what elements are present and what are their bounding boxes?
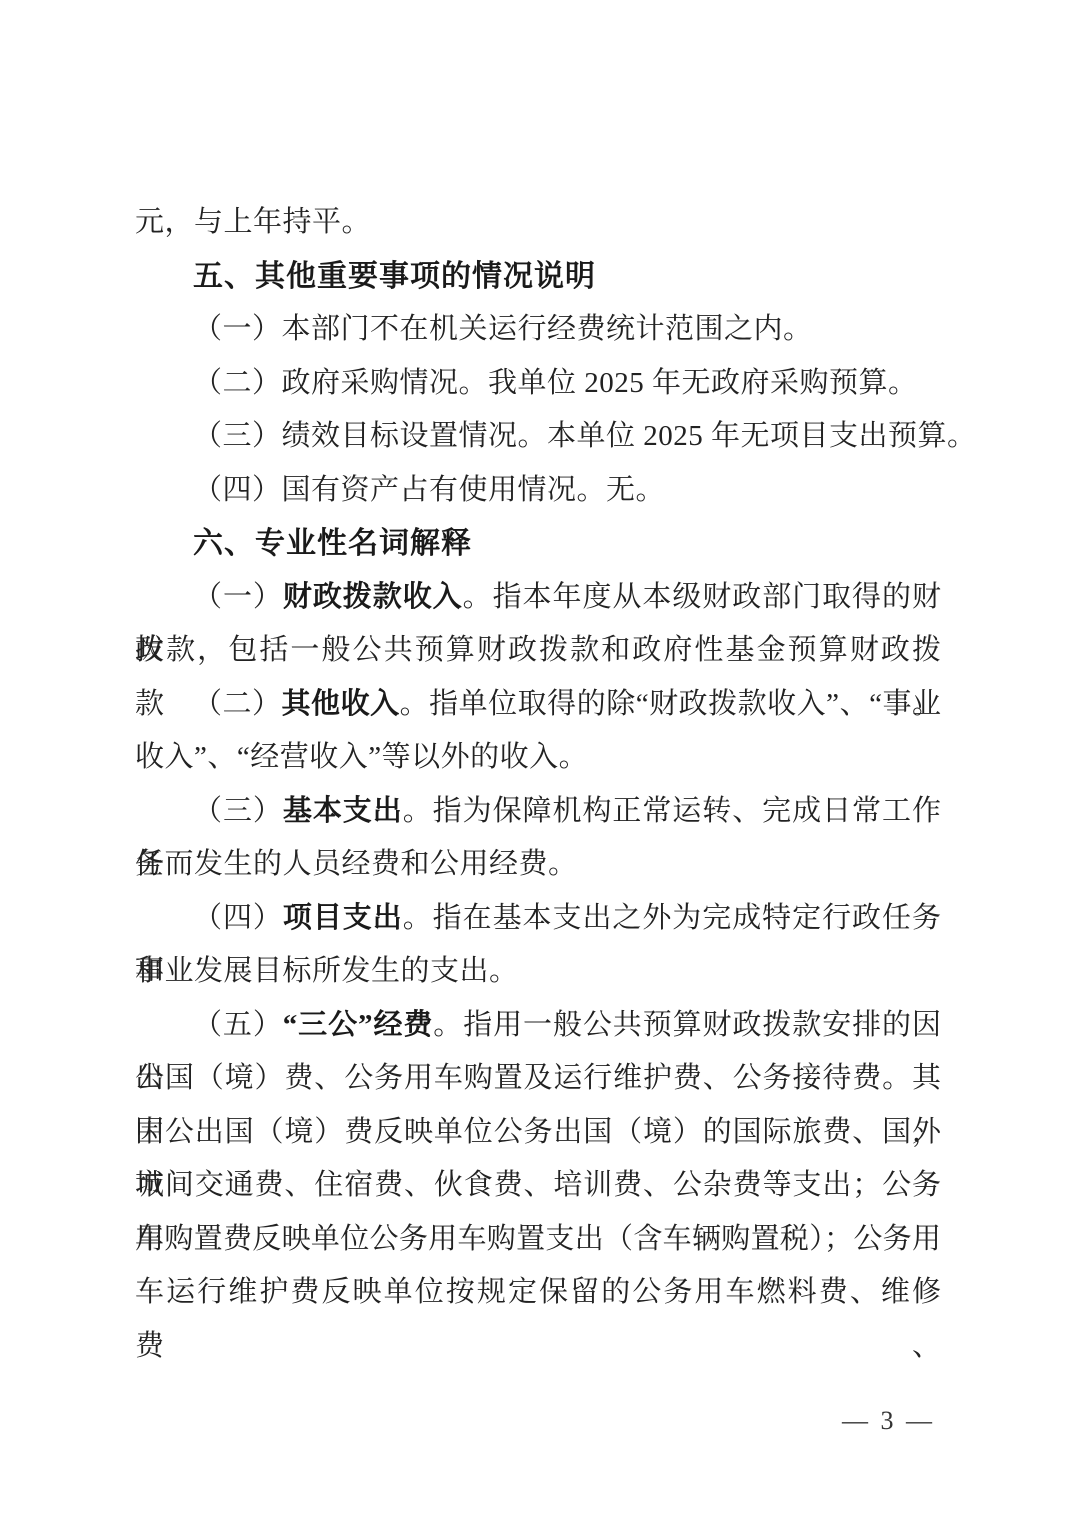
document-page: 元，与上年持平。五、其他重要事项的情况说明（一）本部门不在机关运行经费统计范围之… (0, 0, 1074, 1520)
body-text: （一） (193, 581, 283, 613)
text-line: （四）项目支出。指在基本支出之外为完成特定行政任务和 (135, 892, 941, 946)
body-text: 车运行维护费反映单位按规定保留的公务用车燃料费、维修费、 (135, 1276, 941, 1362)
text-line: 出国（境）费、公务用车购置及运行维护费、公务接待费。其中， (135, 1052, 941, 1106)
text-line: （一）本部门不在机关运行经费统计范围之内。 (135, 303, 941, 357)
body-text: 。指单位取得的除“财政拨款收入”、“事业 (400, 688, 941, 720)
term-text: 五、其他重要事项的情况说明 (193, 260, 596, 293)
body-text: 务而发生的人员经费和公用经费。 (135, 848, 578, 880)
term-text: 项目支出 (283, 902, 403, 934)
text-line: （三）基本支出。指为保障机构正常运转、完成日常工作任 (135, 785, 941, 839)
body-text: 事业发展目标所发生的支出。 (135, 955, 519, 987)
text-line: （四）国有资产占有使用情况。无。 (135, 464, 941, 518)
body-text: （一）本部门不在机关运行经费统计范围之内。 (193, 313, 813, 345)
document-body: 元，与上年持平。五、其他重要事项的情况说明（一）本部门不在机关运行经费统计范围之… (135, 196, 941, 1320)
text-line: （三）绩效目标设置情况。本单位 2025 年无项目支出预算。 (135, 410, 941, 464)
text-line: 收入”、“经营收入”等以外的收入。 (135, 731, 941, 785)
body-text: （二）政府采购情况。我单位 2025 年无政府采购预算。 (193, 367, 918, 399)
text-line: 元，与上年持平。 (135, 196, 941, 250)
text-line: 车运行维护费反映单位按规定保留的公务用车燃料费、维修费、 (135, 1266, 941, 1320)
text-line: 事业发展目标所发生的支出。 (135, 945, 941, 999)
section-heading: 六、专业性名词解释 (135, 517, 941, 571)
text-line: 车购置费反映单位公务用车购置支出（含车辆购置税）；公务用 (135, 1213, 941, 1267)
body-text: 元，与上年持平。 (135, 206, 371, 238)
text-line: 拨款，包括一般公共预算财政拨款和政府性基金预算财政拨款。 (135, 624, 941, 678)
section-heading: 五、其他重要事项的情况说明 (135, 250, 941, 304)
body-text: 收入”、“经营收入”等以外的收入。 (135, 741, 588, 773)
page-number: — 3 — (842, 1406, 935, 1436)
term-text: 其他收入 (282, 688, 400, 720)
term-text: “三公”经费 (283, 1009, 434, 1041)
term-text: 基本支出 (283, 795, 403, 827)
body-text: （五） (193, 1009, 283, 1041)
body-text: （四） (193, 902, 283, 934)
text-line: （二）政府采购情况。我单位 2025 年无政府采购预算。 (135, 357, 941, 411)
body-text: （四）国有资产占有使用情况。无。 (193, 474, 665, 506)
body-text: 车购置费反映单位公务用车购置支出（含车辆购置税）；公务用 (135, 1223, 941, 1255)
text-line: （二）其他收入。指单位取得的除“财政拨款收入”、“事业 (135, 678, 941, 732)
text-line: 务而发生的人员经费和公用经费。 (135, 838, 941, 892)
term-text: 六、专业性名词解释 (193, 527, 472, 560)
term-text: 财政拨款收入 (283, 581, 463, 613)
body-text: （三）绩效目标设置情况。本单位 2025 年无项目支出预算。 (193, 420, 977, 452)
text-line: 因公出国（境）费反映单位公务出国（境）的国际旅费、国外城 (135, 1106, 941, 1160)
text-line: 市间交通费、住宿费、伙食费、培训费、公杂费等支出；公务用 (135, 1159, 941, 1213)
text-line: （五）“三公”经费。指用一般公共预算财政拨款安排的因公 (135, 999, 941, 1053)
body-text: （三） (193, 795, 283, 827)
text-line: （一）财政拨款收入。指本年度从本级财政部门取得的财政 (135, 571, 941, 625)
body-text: （二） (193, 688, 282, 720)
